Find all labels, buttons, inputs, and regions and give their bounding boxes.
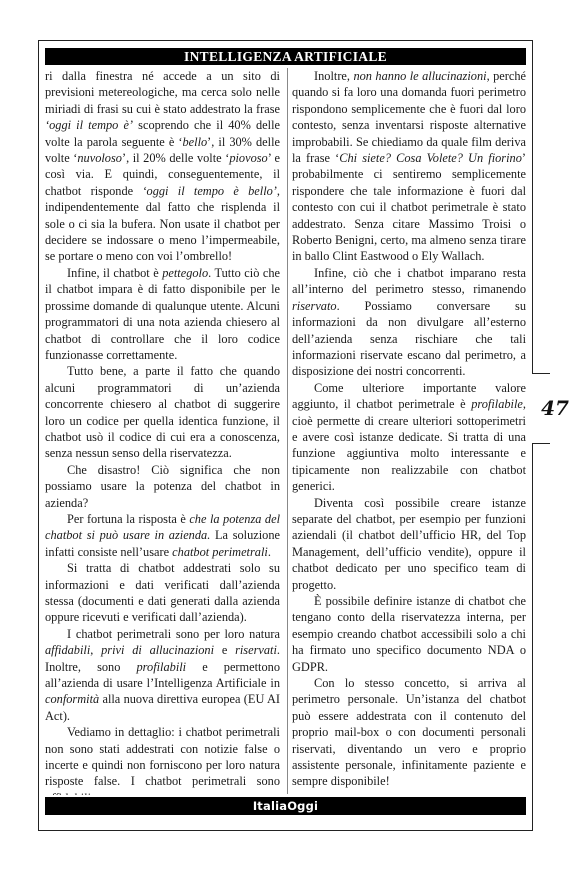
paragraph: Inoltre, non hanno le allucinazioni, per… <box>292 68 526 265</box>
emphasis-text: non hanno le allucinazioni <box>353 69 486 83</box>
column-divider <box>287 68 288 794</box>
emphasis-text: pettegolo <box>162 266 208 280</box>
page-number: 47 <box>537 396 573 420</box>
paragraph: Tutto bene, a parte il fatto che quando … <box>45 363 280 461</box>
frame-border-right-lower <box>532 443 533 830</box>
emphasis-text: riservati <box>235 643 277 657</box>
emphasis-text: profilabili <box>137 660 187 674</box>
paragraph: Si tratta di chatbot addestrati solo su … <box>45 560 280 626</box>
section-header: INTELLIGENZA ARTIFICIALE <box>45 48 526 65</box>
emphasis-text: bello <box>182 135 207 149</box>
emphasis-text: conformità <box>45 692 99 706</box>
article-column-left: ri dalla finestra né accede a un sito di… <box>45 68 280 795</box>
emphasis-text: piovoso <box>229 151 267 165</box>
paragraph: Che disastro! Ciò significa che non poss… <box>45 462 280 511</box>
frame-border-bottom <box>38 830 533 831</box>
frame-stub-lower <box>532 443 550 444</box>
paragraph: Come ulteriore importante valore aggiunt… <box>292 380 526 495</box>
emphasis-text: chatbot perimetrali <box>172 545 268 559</box>
paragraph: I chatbot perimetrali sono per loro natu… <box>45 626 280 724</box>
paragraph: Infine, ciò che i chatbot imparano resta… <box>292 265 526 380</box>
emphasis-text: affidabili <box>45 643 90 657</box>
article-column-right: Inoltre, non hanno le allucinazioni, per… <box>292 68 526 795</box>
emphasis-text: privi di allucinazioni <box>101 643 214 657</box>
paragraph: È possibile definire istanze di chatbot … <box>292 593 526 675</box>
emphasis-text: riservato <box>292 299 337 313</box>
frame-stub-upper <box>532 373 550 374</box>
paragraph: Diventa così possibile creare istanze se… <box>292 495 526 593</box>
emphasis-text: ‘oggi il tempo è bello’ <box>142 184 277 198</box>
emphasis-text: affidabili <box>45 791 90 795</box>
emphasis-text: Chi siete? Cosa Volete? Un fiorino <box>339 151 522 165</box>
paragraph: Per fortuna la risposta è che la potenza… <box>45 511 280 560</box>
frame-border-top <box>38 40 533 41</box>
frame-border-left <box>38 40 39 830</box>
paragraph: Infine, il chatbot è pettegolo. Tutto ci… <box>45 265 280 363</box>
paragraph: Vediamo in dettaglio: i chatbot perimetr… <box>45 724 280 795</box>
emphasis-text: nuvoloso <box>77 151 122 165</box>
frame-border-right-upper <box>532 40 533 373</box>
emphasis-text: che la potenza del chatbot si può usare … <box>45 512 280 542</box>
paragraph: Con lo stesso concetto, si arriva al per… <box>292 675 526 790</box>
publication-logo: ItaliaOggi <box>45 797 526 815</box>
paragraph: ri dalla finestra né accede a un sito di… <box>45 68 280 265</box>
emphasis-text: ‘oggi il tempo è’ <box>45 118 133 132</box>
emphasis-text: profilabile <box>471 397 523 411</box>
